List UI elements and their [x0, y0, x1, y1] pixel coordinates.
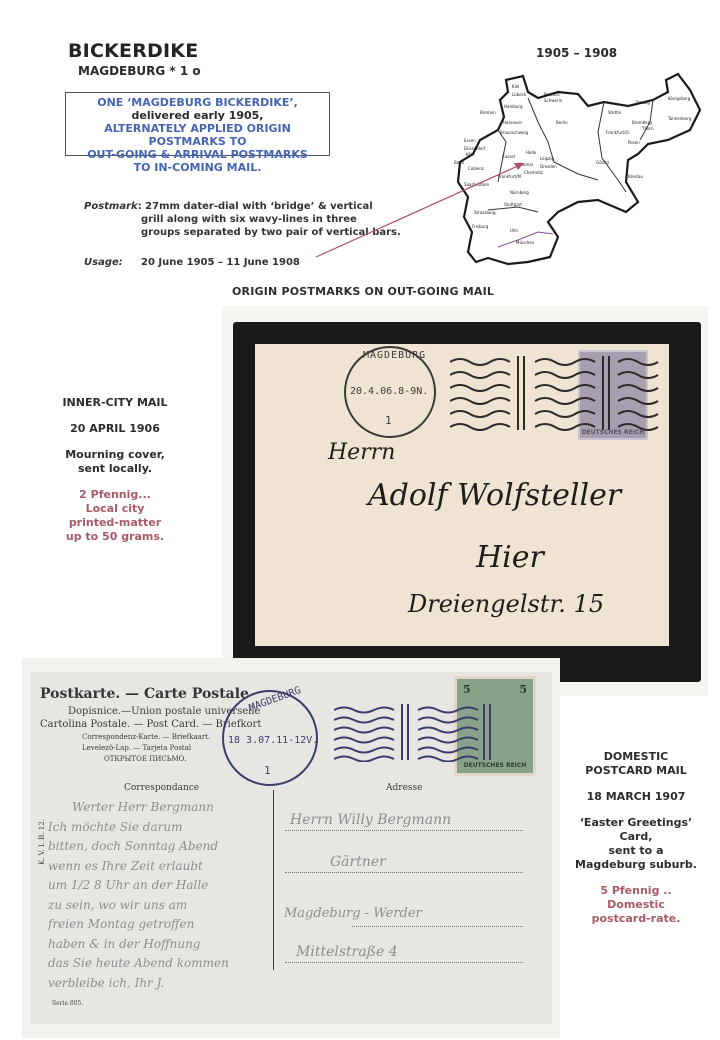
- message-line: haben & in der Hoffnung: [48, 937, 200, 951]
- cover-wavy-cancel: [450, 352, 665, 432]
- cover-address-line-4: Dreiengelstr. 15: [408, 590, 604, 618]
- postcard-right-label: Adresse: [386, 783, 422, 793]
- address-line-guide-4: [285, 962, 523, 963]
- svg-text:Freiburg: Freiburg: [472, 224, 489, 229]
- svg-text:Köln: Köln: [466, 152, 475, 157]
- item1-title: INNER-CITY MAIL: [20, 396, 210, 410]
- postcard-postmark-office: 1: [264, 764, 271, 777]
- postcard-wavy-cancel: [334, 702, 544, 762]
- stamp-inscription: DEUTSCHES REICH: [457, 762, 533, 769]
- svg-text:Cassel: Cassel: [502, 154, 515, 159]
- usage-label: Usage:: [84, 257, 141, 268]
- svg-text:Bonn: Bonn: [454, 160, 465, 165]
- svg-text:Stettin: Stettin: [608, 110, 622, 115]
- summary-line-2: delivered early 1905,: [66, 109, 329, 122]
- cover-address-line-1: Herrn: [328, 440, 395, 465]
- svg-text:Königsberg: Königsberg: [668, 96, 691, 101]
- period-label: 1905 – 1908: [536, 46, 617, 60]
- item2-rate-3: postcard-rate.: [592, 912, 681, 925]
- svg-text:Rostock: Rostock: [544, 92, 560, 97]
- stamp-value-left: 5: [463, 683, 471, 696]
- address-line: Magdeburg - Werder: [284, 906, 422, 921]
- item2-title-1: DOMESTIC: [604, 750, 669, 763]
- item1-rate-2: Local city: [86, 502, 145, 515]
- svg-text:Strassburg: Strassburg: [474, 210, 496, 215]
- svg-text:München: München: [516, 240, 535, 245]
- svg-text:Chemnitz: Chemnitz: [524, 170, 543, 175]
- address-line-guide-2: [285, 872, 523, 873]
- postcard-line-4: Levelezö-Lap. — Tarjeta Postal: [82, 744, 191, 752]
- cover-address-line-3: Hier: [476, 540, 544, 575]
- item1-rate-4: up to 50 grams.: [66, 530, 164, 543]
- svg-text:Hannover: Hannover: [503, 120, 523, 125]
- message-line: freien Montag getroffen: [48, 917, 194, 931]
- germany-map: KielLübeck RostockSchwerin HamburgBremen…: [428, 62, 708, 272]
- item1-desc-2: sent locally.: [78, 462, 152, 475]
- svg-text:Saarbrücken: Saarbrücken: [464, 182, 490, 187]
- usage-row: Usage: 20 June 1905 – 11 June 1908: [84, 257, 300, 268]
- summary-line-1: ONE ‘MAGDEBURG BICKERDIKE’,: [66, 96, 329, 109]
- svg-text:Schwerin: Schwerin: [544, 98, 563, 103]
- svg-text:Ulm: Ulm: [510, 228, 518, 233]
- summary-line-3: ALTERNATELY APPLIED ORIGIN POSTMARKS TO: [66, 122, 329, 148]
- page-title: BICKERDIKE: [68, 40, 198, 62]
- postcard-series: Serie 805.: [52, 1000, 83, 1007]
- address-line: Herrn Willy Bergmann: [290, 812, 451, 828]
- postcard-postmark-date: 18 3.07.11-12V.: [228, 735, 318, 746]
- message-line: wenn es Ihre Zeit erlaubt: [48, 859, 203, 873]
- item2-desc-2: Card,: [620, 830, 653, 843]
- svg-text:Kiel: Kiel: [512, 84, 519, 89]
- message-line: um 1/2 8 Uhr an der Halle: [48, 878, 208, 892]
- usage-value: 20 June 1905 – 11 June 1908: [141, 257, 300, 268]
- svg-text:Bremen: Bremen: [480, 110, 496, 115]
- postmark-desc-line-3: groups separated by two pair of vertical…: [84, 226, 401, 239]
- postcard-line-5: ОТКРЫТОЕ ПИСЬМО.: [104, 755, 187, 763]
- message-line: verbleibe ich, Ihr J.: [48, 976, 164, 990]
- item2-title-2: POSTCARD MAIL: [585, 764, 686, 777]
- svg-text:Coblenz: Coblenz: [468, 166, 484, 171]
- address-line-guide-3: [352, 926, 523, 927]
- item2-desc-4: Magdeburg suburb.: [575, 858, 697, 871]
- svg-text:Hamburg: Hamburg: [504, 104, 523, 109]
- address-line-guide-1: [285, 830, 523, 831]
- cover-postmark-date: 20.4.06.8-9N.: [350, 386, 428, 397]
- cover-postmark-town: MAGDEBURG: [363, 350, 426, 361]
- item2-desc-1: ‘Easter Greetings’: [580, 816, 692, 829]
- svg-text:Berlin: Berlin: [556, 120, 568, 125]
- postcard-side-code: K. V. I. B. 12.: [38, 819, 46, 865]
- svg-text:Braunschweig: Braunschweig: [500, 130, 529, 135]
- address-line: Mittelstraße 4: [296, 944, 398, 960]
- svg-text:Essen: Essen: [464, 138, 476, 143]
- postmark-label: Postmark: [84, 201, 138, 212]
- item2-rate-1: 5 Pfennig ..: [600, 884, 671, 897]
- svg-text:Lübeck: Lübeck: [512, 92, 527, 97]
- svg-text:Halle: Halle: [526, 150, 537, 155]
- svg-text:Frankfurt/O.: Frankfurt/O.: [606, 130, 630, 135]
- svg-text:Tannenberg: Tannenberg: [667, 116, 692, 121]
- svg-text:Thorn: Thorn: [641, 126, 654, 131]
- svg-text:Görlitz: Görlitz: [596, 160, 609, 165]
- svg-text:Stuttgart: Stuttgart: [504, 202, 522, 207]
- item1-desc-1: Mourning cover,: [65, 448, 165, 461]
- section-heading: ORIGIN POSTMARKS ON OUT-GOING MAIL: [232, 285, 494, 298]
- message-line: das Sie heute Abend kommen: [48, 956, 229, 970]
- svg-text:Düsseldorf: Düsseldorf: [464, 146, 486, 151]
- item2-rate-2: Domestic: [607, 898, 665, 911]
- cover-address-line-2: Adolf Wolfsteller: [368, 478, 621, 513]
- summary-line-4: OUT-GOING & ARRIVAL POSTMARKS: [66, 148, 329, 161]
- postmark-description: Postmark: 27mm dater-dial with ‘bridge’ …: [84, 200, 401, 239]
- message-line: Werter Herr Bergmann: [72, 800, 214, 814]
- svg-text:Breslau: Breslau: [628, 174, 643, 179]
- svg-text:Leipzig: Leipzig: [540, 156, 554, 161]
- postcard-line-3: Correspondenz-Karte. — Briefkaart.: [82, 733, 210, 741]
- postmark-desc-line-1: 27mm dater-dial with ‘bridge’ & vertical: [145, 201, 373, 212]
- summary-line-5: TO IN-COMING MAIL.: [66, 161, 329, 174]
- message-line: bitten, doch Sonntag Abend: [48, 839, 218, 853]
- svg-text:Nürnberg: Nürnberg: [510, 190, 529, 195]
- svg-text:Danzig: Danzig: [636, 100, 650, 105]
- item1-rate-3: printed-matter: [69, 516, 161, 529]
- svg-text:Posen: Posen: [628, 140, 640, 145]
- summary-box: ONE ‘MAGDEBURG BICKERDIKE’, delivered ea…: [65, 92, 330, 156]
- item1-caption: INNER-CITY MAIL 20 APRIL 1906 Mourning c…: [20, 396, 210, 556]
- svg-text:Dresden: Dresden: [540, 164, 557, 169]
- postmark-desc-line-2: grill along with six wavy-lines in three: [84, 213, 401, 226]
- page-subtitle: MAGDEBURG * 1 o: [78, 64, 201, 78]
- postcard-divider: [273, 790, 274, 970]
- stamp-value-right: 5: [519, 683, 527, 696]
- postcard-left-label: Correspondance: [124, 783, 199, 793]
- item2-date: 18 MARCH 1907: [560, 790, 712, 804]
- svg-text:Frankfurt/M.: Frankfurt/M.: [498, 174, 522, 179]
- item2-desc-3: sent to a: [609, 844, 664, 857]
- message-line: Ich möchte Sie darum: [48, 820, 182, 834]
- address-line: Gärtner: [330, 854, 386, 870]
- postcard-heading: Postkarte. — Carte Postale: [40, 686, 249, 702]
- message-line: zu sein, wo wir uns am: [48, 898, 187, 912]
- item2-caption: DOMESTICPOSTCARD MAIL 18 MARCH 1907 ‘Eas…: [560, 750, 712, 938]
- item1-date: 20 APRIL 1906: [20, 422, 210, 436]
- svg-text:Bromberg: Bromberg: [632, 120, 652, 125]
- item1-rate-1: 2 Pfennig...: [79, 488, 151, 501]
- svg-text:Weimar: Weimar: [518, 162, 534, 167]
- cover-postmark-office: 1: [385, 414, 392, 427]
